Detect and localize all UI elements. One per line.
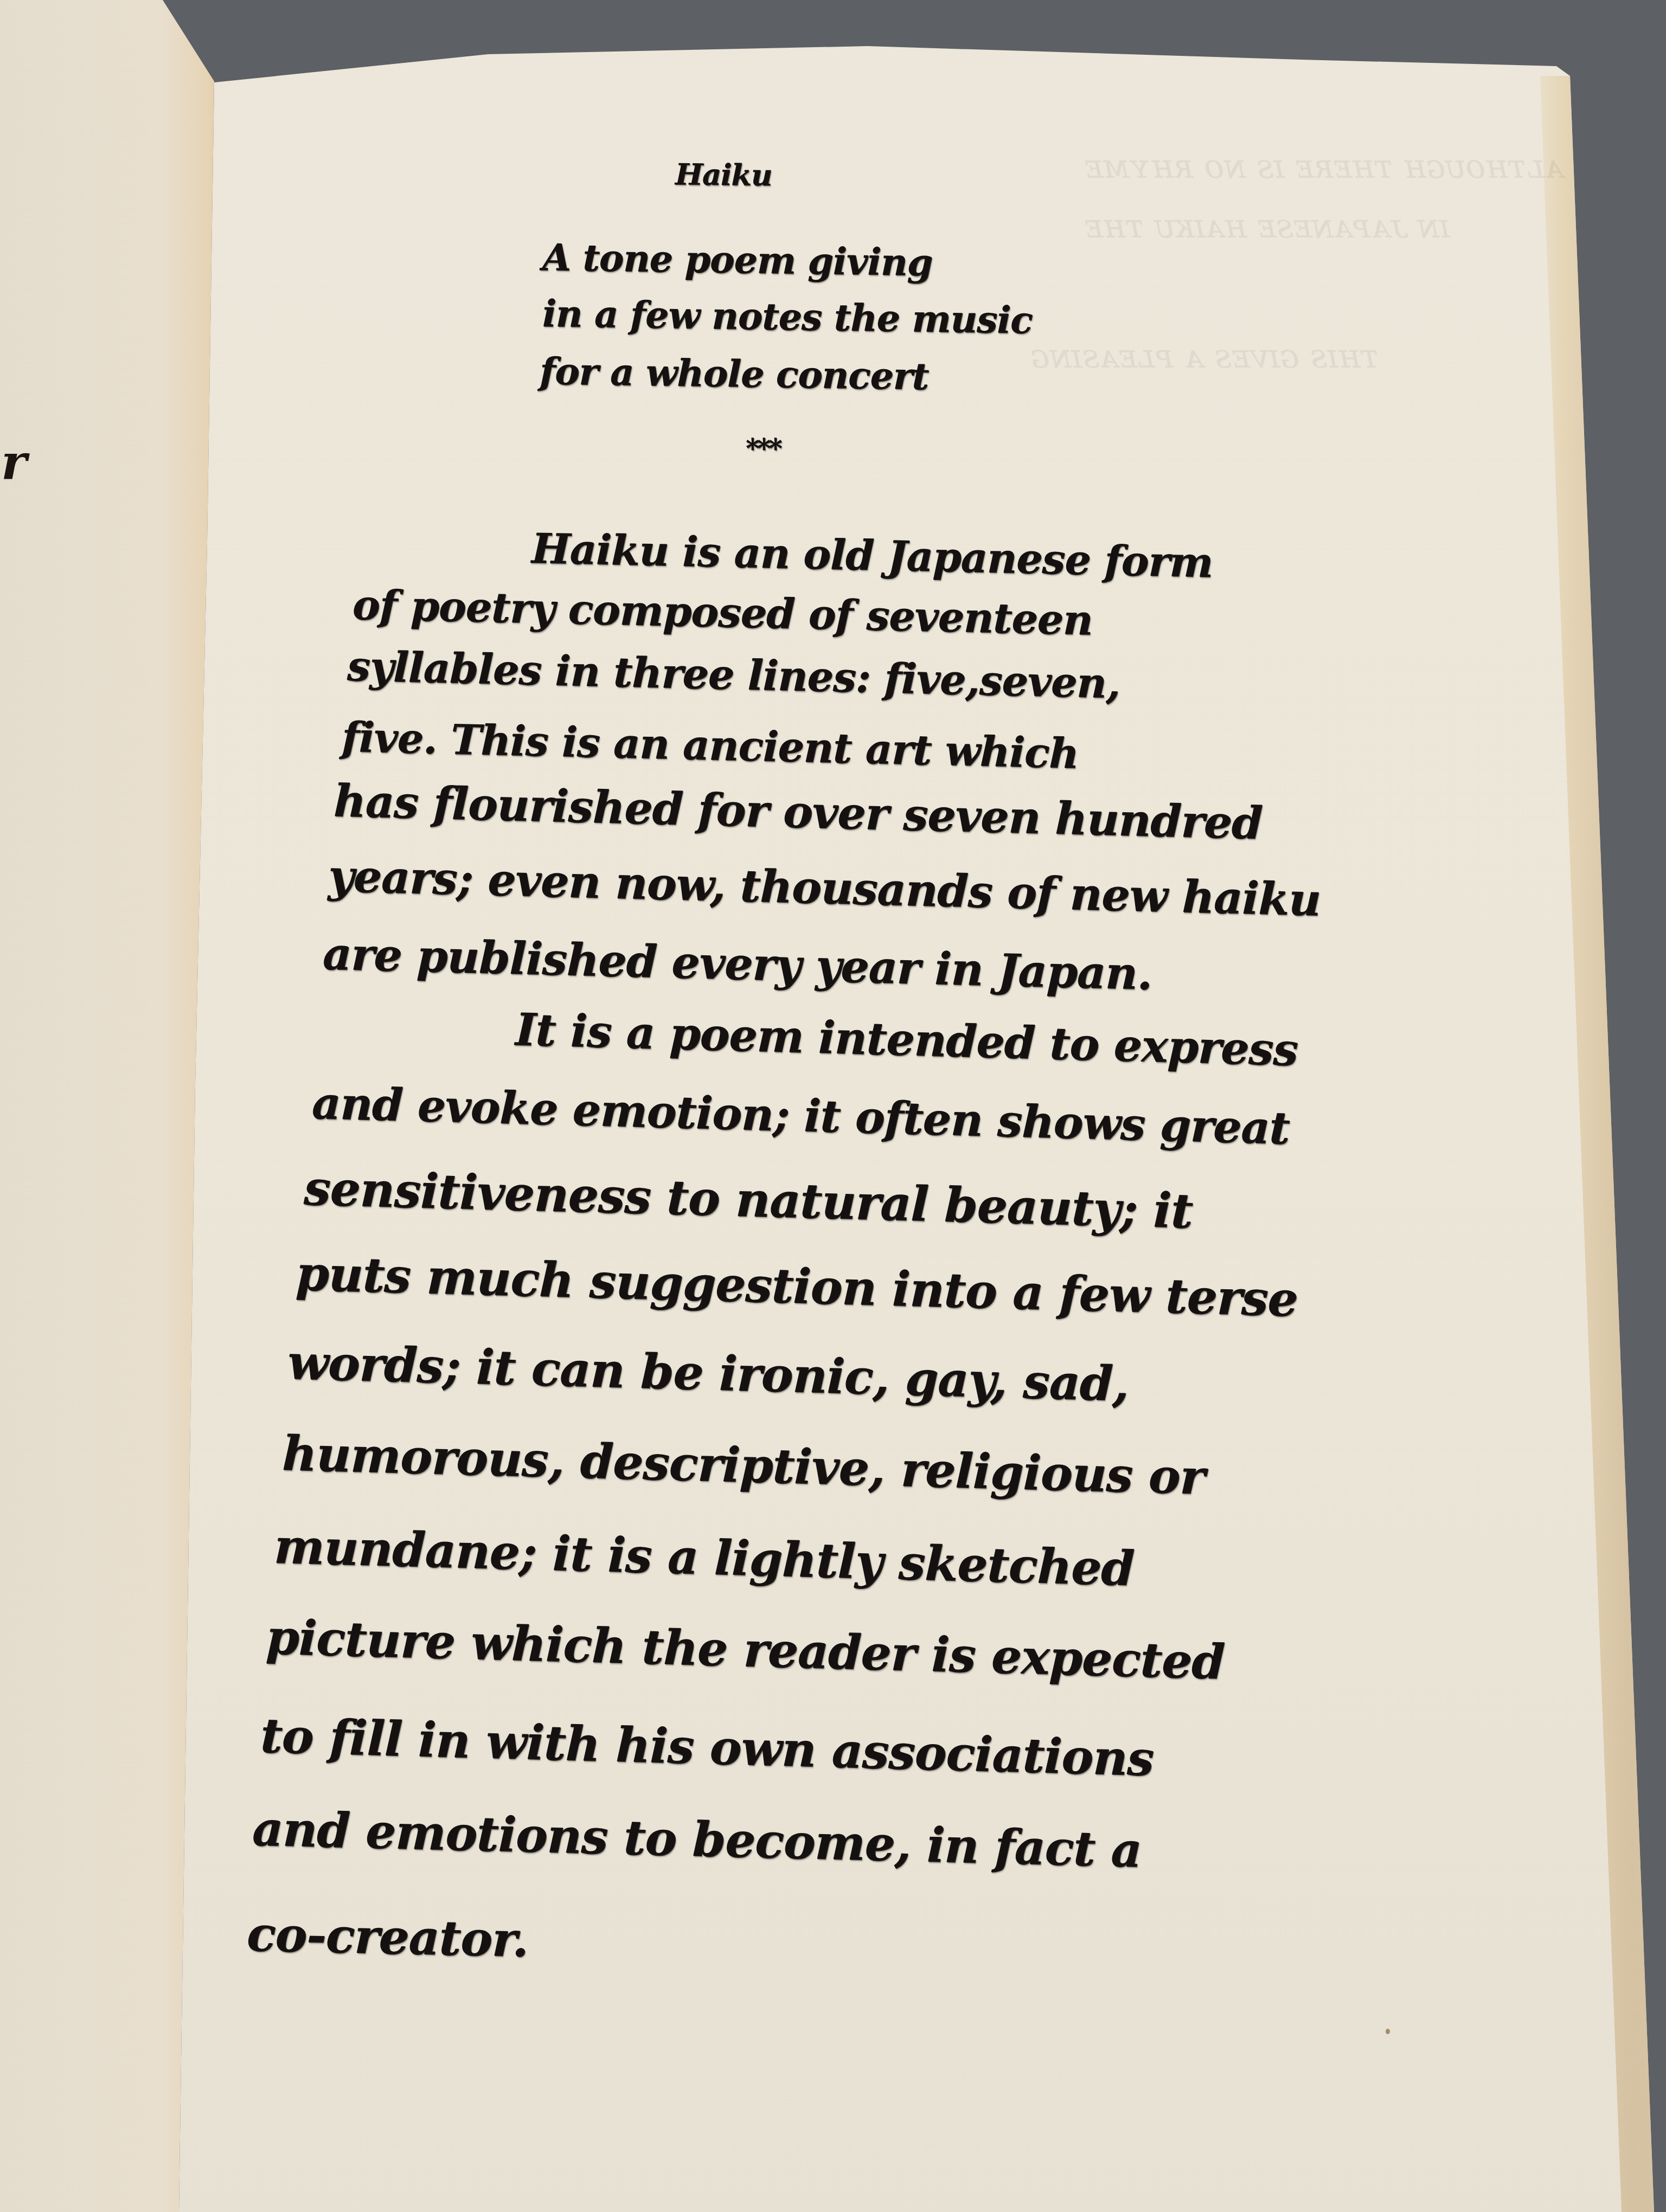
show-through-line: ɪɴ ᴊᴀᴘᴀɴᴇsᴇ ʜᴀɪᴋᴜ ᴛʜᴇ — [1085, 206, 1450, 246]
paper-speck — [1386, 2029, 1390, 2034]
section-separator: *** — [746, 434, 780, 464]
left-page-text-fragment: r — [1, 434, 27, 491]
epigraph-line: A tone poem giving — [542, 236, 932, 285]
show-through-line: ᴛʜɪs ɢɪᴠᴇs ᴀ ᴘʟᴇᴀsɪɴɢ — [1030, 336, 1379, 376]
epigraph-line: for a whole concert — [539, 350, 928, 398]
page-title: Haiku — [675, 157, 772, 192]
show-through-line: ᴀʟᴛʜᴏᴜɢʜ ᴛʜᴇʀᴇ ɪs ɴᴏ ʀʜʏᴍᴇ — [1085, 146, 1564, 186]
epigraph-line: in a few notes the music — [542, 292, 1033, 343]
body-line: co-creator. — [246, 1906, 529, 1968]
